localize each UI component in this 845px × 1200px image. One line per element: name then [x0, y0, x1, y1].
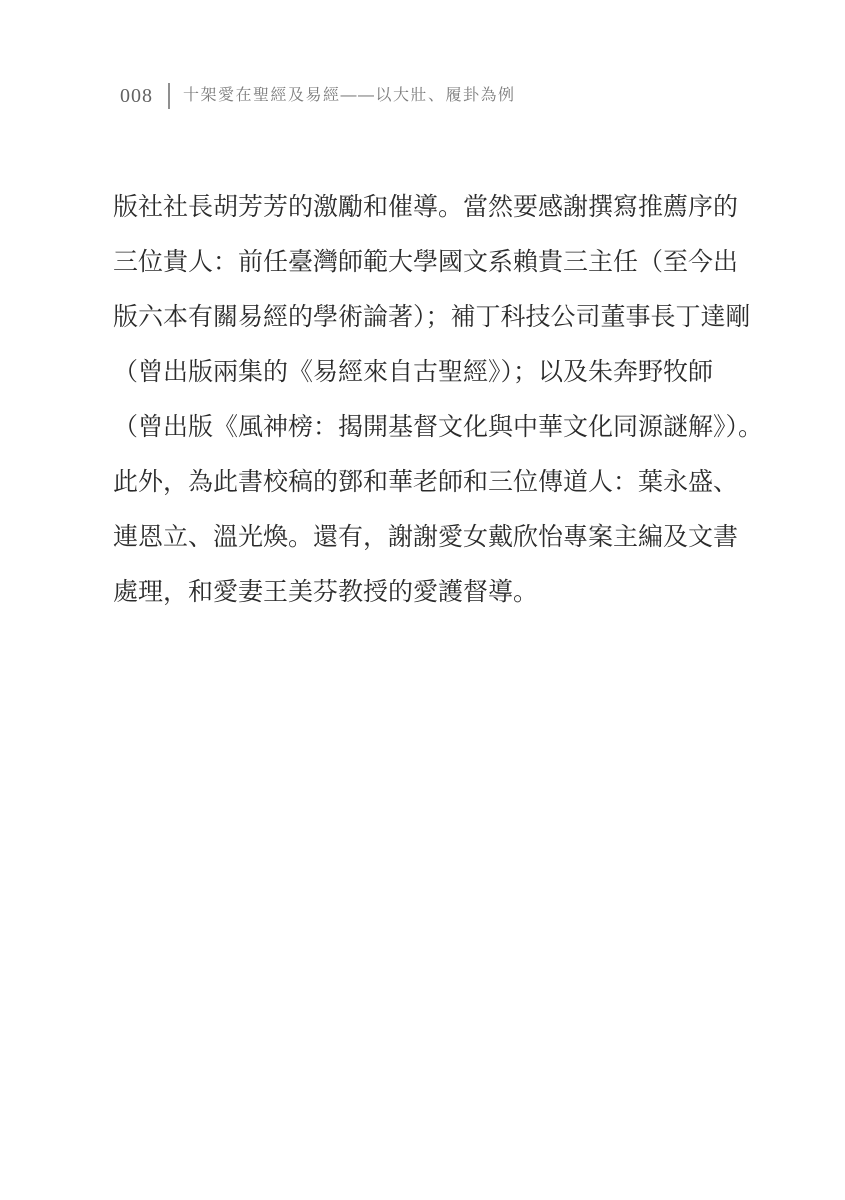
body-text-line: （曾出版兩集的《易經來自古聖經》）；以及朱奔野牧師	[113, 345, 773, 400]
body-text-line: 此外，為此書校稿的鄧和華老師和三位傳道人：葉永盛、	[113, 455, 773, 510]
body-text-line: 版六本有關易經的學術論著）；補丁科技公司董事長丁達剛	[113, 290, 773, 345]
body-text-line: 版社社長胡芳芳的激勵和催導。當然要感謝撰寫推薦序的	[113, 180, 773, 235]
running-header: 008 十架愛在聖經及易經——以大壯、履卦為例	[120, 82, 516, 110]
body-text-line: 三位貴人：前任臺灣師範大學國文系賴貴三主任（至今出	[113, 235, 773, 290]
page-number: 008	[120, 82, 153, 110]
acknowledgment-paragraph: 版社社長胡芳芳的激勵和催導。當然要感謝撰寫推薦序的 三位貴人：前任臺灣師範大學國…	[113, 180, 773, 620]
header-divider	[168, 83, 170, 109]
body-text-line: （曾出版《風神榜：揭開基督文化與中華文化同源謎解》）。	[113, 400, 773, 455]
body-text-line: 連恩立、溫光煥。還有，謝謝愛女戴欣怡專案主編及文書	[113, 510, 773, 565]
body-text-line: 處理，和愛妻王美芬教授的愛護督導。	[113, 565, 773, 620]
book-page: 008 十架愛在聖經及易經——以大壯、履卦為例 版社社長胡芳芳的激勵和催導。當然…	[0, 0, 845, 1200]
chapter-title: 十架愛在聖經及易經——以大壯、履卦為例	[183, 82, 516, 110]
